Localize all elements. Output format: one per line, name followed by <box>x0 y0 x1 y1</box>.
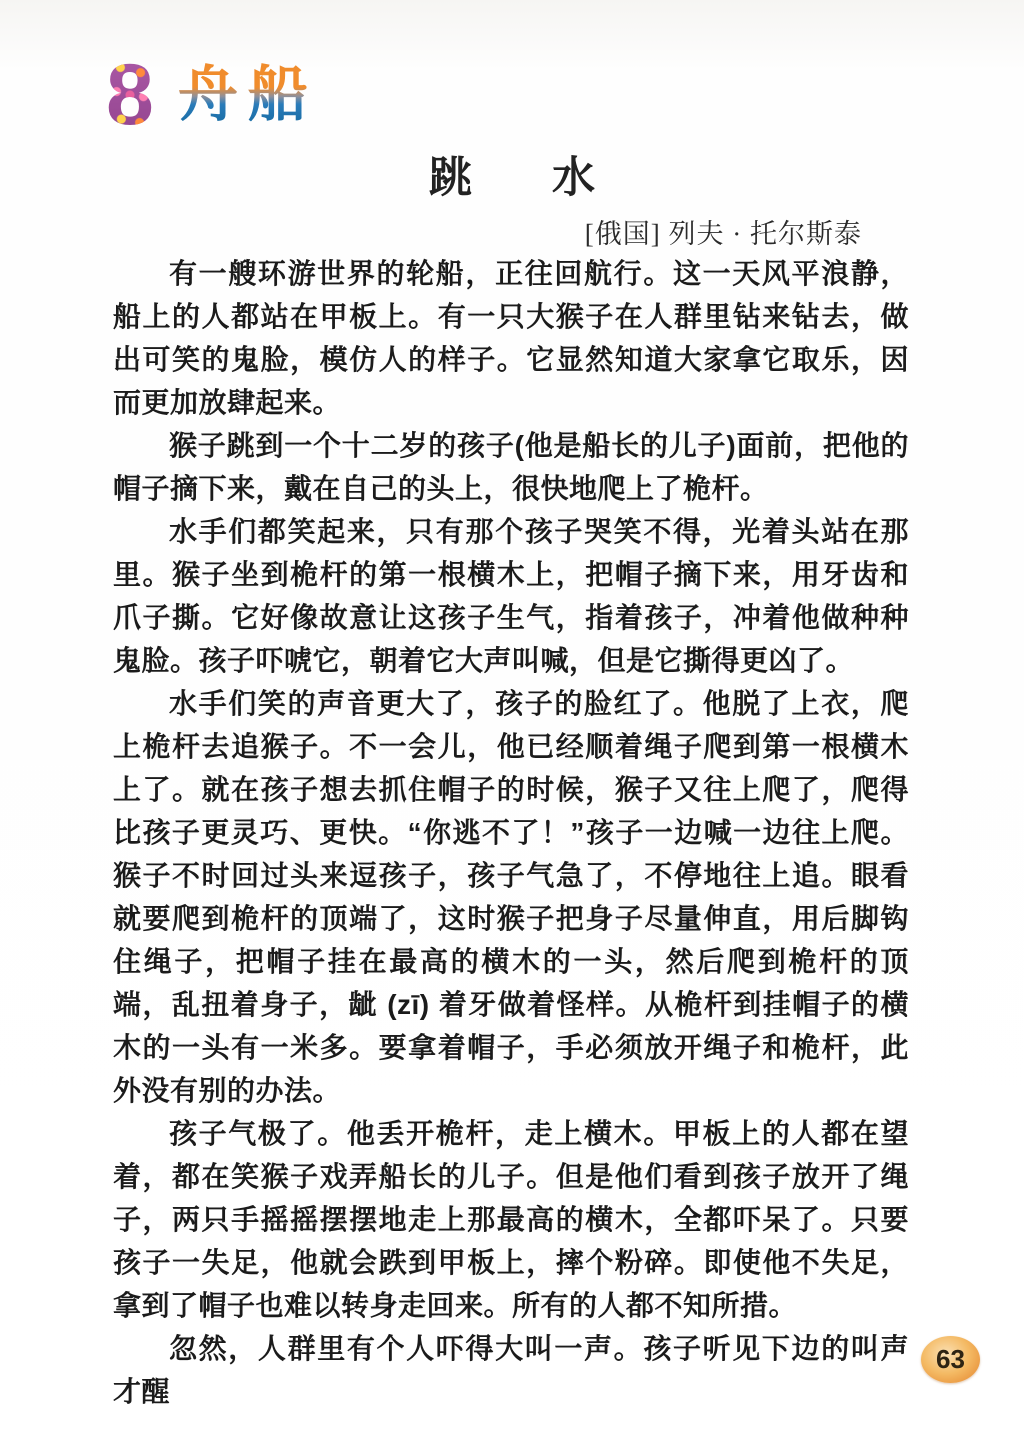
paragraph-6: 忽然，人群里有个人吓得大叫一声。孩子听见下边的叫声才醒 <box>113 1327 909 1413</box>
paragraph-3: 水手们都笑起来，只有那个孩子哭笑不得，光着头站在那里。猴子坐到桅杆的第一根横木上… <box>113 510 909 682</box>
story-title-char-2: 水 <box>552 155 595 202</box>
paragraph-4: 水手们笑的声音更大了，孩子的脸红了。他脱了上衣，爬上桅杆去追猴子。不一会儿，他已… <box>113 682 909 1112</box>
story-title-char-1: 跳 <box>429 155 472 202</box>
story-title: 跳水 <box>0 144 1024 205</box>
paragraph-1: 有一艘环游世界的轮船，正往回航行。这一天风平浪静，船上的人都站在甲板上。有一只大… <box>113 252 909 424</box>
author-line: [俄国] 列夫 · 托尔斯泰 <box>585 212 862 251</box>
paragraph-5: 孩子气极了。他丢开桅杆，走上横木。甲板上的人都在望着，都在笑猴子戏弄船长的儿子。… <box>113 1112 909 1327</box>
unit-title: 舟船 <box>178 62 318 128</box>
story-body: 有一艘环游世界的轮船，正往回航行。这一天风平浪静，船上的人都站在甲板上。有一只大… <box>113 252 909 1413</box>
lesson-number-ornament: 8 <box>106 52 154 138</box>
textbook-page: 8 舟船 跳水 [俄国] 列夫 · 托尔斯泰 有一艘环游世界的轮船，正往回航行。… <box>0 0 1024 1439</box>
paragraph-2: 猴子跳到一个十二岁的孩子(他是船长的儿子)面前，把他的帽子摘下来，戴在自己的头上… <box>113 424 909 510</box>
lesson-header: 8 舟船 <box>106 52 318 138</box>
page-number-badge: 63 <box>921 1336 980 1383</box>
